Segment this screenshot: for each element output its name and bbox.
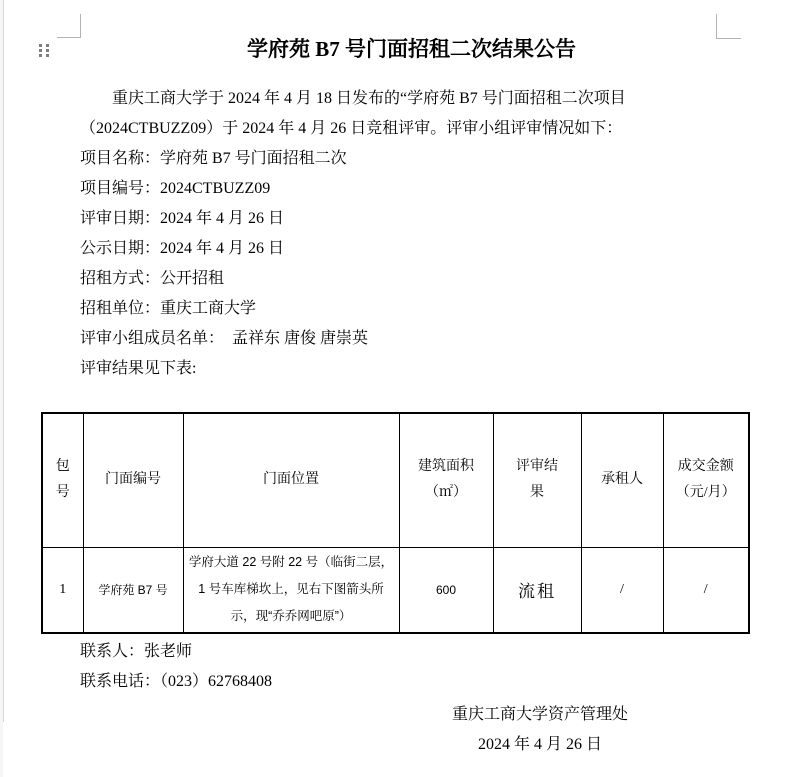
cell-shop-location: 学府大道 22 号附 22 号（临街二层， 1 号车库梯坎上，见右下图箭头所 示… xyxy=(183,547,399,633)
col-header-deal-price: 成交金额 （元/月） xyxy=(663,413,749,547)
field-publicity-date: 公示日期：2024 年 4 月 26 日 xyxy=(80,234,745,264)
cell-package-no: 1 xyxy=(42,547,83,633)
table-row: 1 学府苑 B7 号 学府大道 22 号附 22 号（临街二层， 1 号车库梯坎… xyxy=(42,547,749,633)
field-table-note: 评审结果见下表: xyxy=(80,354,745,384)
contact-phone-line: 联系电话：（023）62768408 xyxy=(80,667,580,697)
cell-building-area: 600 xyxy=(399,547,493,633)
cell-review-result: 流租 xyxy=(493,547,581,633)
cell-shop-code: 学府苑 B7 号 xyxy=(83,547,183,633)
field-rental-method: 招租方式：公开招租 xyxy=(80,264,745,294)
col-header-shop-code: 门面编号 xyxy=(83,413,183,547)
field-project-code: 项目编号：2024CTBUZZ09 xyxy=(80,174,745,204)
col-header-building-area: 建筑面积 （㎡） xyxy=(399,413,493,547)
field-review-date: 评审日期：2024 年 4 月 26 日 xyxy=(80,204,745,234)
signature-block: 重庆工商大学资产管理处 2024 年 4 月 26 日 xyxy=(330,700,750,760)
document-page: 学府苑 B7 号门面招租二次结果公告 重庆工商大学于 2024 年 4 月 18… xyxy=(0,0,790,777)
field-review-panel: 评审小组成员名单： 孟祥东 唐俊 唐崇英 xyxy=(80,324,745,354)
field-project-name: 项目名称：学府苑 B7 号门面招租二次 xyxy=(80,144,745,174)
col-header-shop-location: 门面位置 xyxy=(183,413,399,547)
margin-corner-mark-top-left-icon xyxy=(57,14,81,38)
page-left-edge-line xyxy=(3,0,4,722)
col-header-package-no: 包 号 xyxy=(42,413,83,547)
signature-date: 2024 年 4 月 26 日 xyxy=(330,730,750,760)
cell-deal-price: / xyxy=(663,547,749,633)
page-title: 学府苑 B7 号门面招租二次结果公告 xyxy=(80,34,743,64)
col-header-review-result: 评审结 果 xyxy=(493,413,581,547)
field-rental-unit: 招租单位：重庆工商大学 xyxy=(80,294,745,324)
result-table: 包 号 门面编号 门面位置 建筑面积 （㎡） 评审结 果 承租人 成交金额 （元… xyxy=(41,412,750,634)
six-dot-drag-handle-icon[interactable] xyxy=(39,44,49,57)
intro-paragraph: 重庆工商大学于 2024 年 4 月 18 日发布的“学府苑 B7 号门面招租二… xyxy=(80,84,745,144)
cell-tenant: / xyxy=(581,547,663,633)
col-header-tenant: 承租人 xyxy=(581,413,663,547)
contact-block: 联系人：张老师 联系电话：（023）62768408 xyxy=(80,637,580,697)
contact-person-line: 联系人：张老师 xyxy=(80,637,580,667)
signature-org: 重庆工商大学资产管理处 xyxy=(330,700,750,730)
field-list: 项目名称：学府苑 B7 号门面招租二次 项目编号：2024CTBUZZ09 评审… xyxy=(80,144,745,384)
table-header-row: 包 号 门面编号 门面位置 建筑面积 （㎡） 评审结 果 承租人 成交金额 （元… xyxy=(42,413,749,547)
